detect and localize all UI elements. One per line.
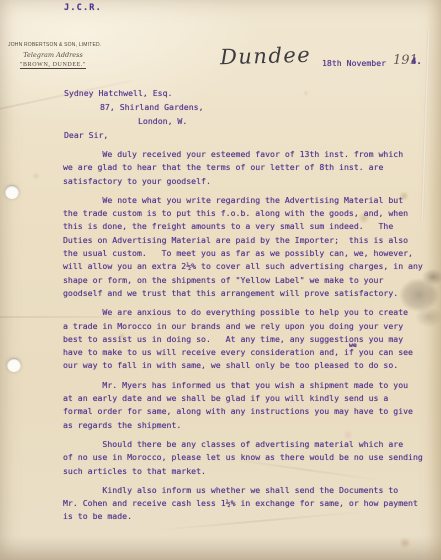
body-paragraph: We are anxious to do everything possible…	[63, 306, 438, 372]
company-name: JOHN ROBERTSON & SON, LIMITED.	[8, 42, 98, 48]
salutation: Dear Sir,	[64, 130, 108, 140]
punch-hole-bottom	[7, 358, 21, 372]
letterhead: JOHN ROBERTSON & SON, LIMITED. Telegram …	[8, 42, 98, 68]
reference-initials: J.C.R.	[64, 3, 102, 13]
telegram-address-value: "BROWN, DUNDEE."	[8, 62, 98, 68]
dateline-year-typed: 4.	[411, 57, 422, 67]
recipient-address-line1: 87, Shirland Gardens,	[100, 102, 204, 112]
typed-correction-overlay: we	[349, 341, 357, 349]
recipient-address-line2: London, W.	[138, 116, 187, 126]
telegram-address-label: Telegram Address	[8, 51, 98, 59]
body-paragraph: We duly received your esteemed favor of …	[63, 148, 438, 188]
body-paragraph: We note what you write regarding the Adv…	[63, 194, 438, 300]
recipient-name: Sydney Hatchwell, Esq.	[64, 88, 172, 98]
body-paragraph: Kindly also inform us whether we shall s…	[63, 484, 438, 524]
punch-hole-top	[5, 185, 19, 199]
body-paragraph: Should there be any classes of advertisi…	[63, 438, 438, 478]
dateline-place: Dundee	[220, 43, 312, 69]
letter-body: We duly received your esteemed favor of …	[63, 148, 438, 530]
dateline-date: 18th November	[322, 58, 386, 68]
letter-page: J.C.R. JOHN ROBERTSON & SON, LIMITED. Te…	[0, 0, 441, 560]
body-paragraph: Mr. Myers has informed us that you wish …	[63, 379, 438, 432]
